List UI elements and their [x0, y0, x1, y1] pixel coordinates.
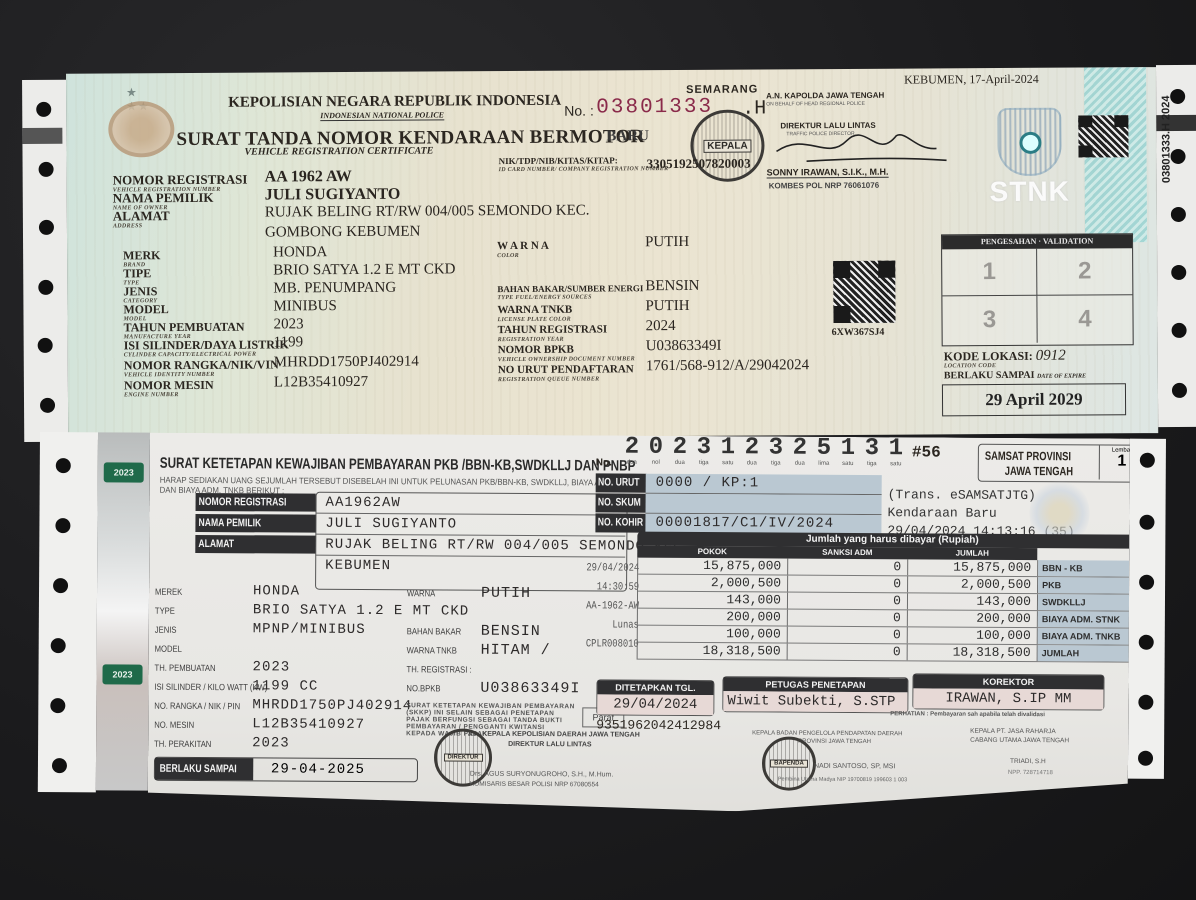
jumlah-cell: 2,000,500 [908, 576, 1038, 593]
jumlah-cell: 100,000 [908, 627, 1038, 644]
identity-value: AA1962AW [326, 495, 401, 511]
vehicle-label: NO.BPKB [406, 683, 440, 693]
bapenda-sign-nip: Pembina Utama Madya NIP 19700819 199603 … [778, 777, 907, 784]
jumlah-cell: 143,000 [908, 593, 1038, 610]
payment-table: Jumlah yang harus dibayar (Rupiah) POKOK… [637, 532, 1146, 663]
serial-digit: 0 [644, 436, 668, 460]
field-label: ISI SILINDER/DAYA LISTRIKCYLINDER CAPACI… [124, 338, 289, 358]
reference-label: NO. KOHIR [595, 513, 646, 532]
police-sign-name: Drs. AGUS SURYONUGROHO, S.H., M.Hum. [470, 771, 613, 779]
nik-label: NIK/TDP/NIB/KITAS/KITAP:ID CARD NUMBER/ … [499, 156, 669, 173]
vehicle-label: TH. PERAKITAN [154, 739, 211, 749]
serial-number: 2dua0nol2dua3tiga1satu2dua3tiga2dua5lima… [620, 436, 908, 468]
vehicle-label: TYPE [155, 606, 175, 616]
vehicle-value: 2023 [253, 659, 291, 675]
vehicle-label: BAHAN BAKAR [407, 626, 461, 636]
korektor-box: KOREKTOR IRAWAN, S.IP MM [912, 673, 1104, 710]
police-stamp: DIREKTUR [434, 728, 492, 786]
vehicle-value: MHRDD1750PJ402914 [252, 697, 412, 714]
field-label: ALAMATADDRESS [113, 209, 170, 229]
sanksi-cell: 0 [788, 610, 908, 627]
skkp-body: SURAT KETETAPAN KEWAJIBAN PEMBAYARAN PKB… [148, 433, 1130, 814]
tractor-feed-strip-left [38, 432, 98, 792]
sanksi-cell: 0 [788, 644, 908, 661]
validation-cell: 1 [942, 249, 1037, 297]
sanksi-cell: 0 [788, 559, 908, 576]
reference-value-box [646, 494, 882, 515]
validation-print-line: CPLR008010 [565, 635, 639, 654]
serial-digit-word: satu [836, 461, 860, 467]
location-code: 0912 [1036, 348, 1066, 365]
signatory-line1-en: ON BEHALF OF HEAD REGIONAL POLICE [766, 101, 865, 108]
field-label: W A R N ACOLOR [497, 241, 549, 259]
field-value: U03863349I [646, 338, 722, 355]
identity-label: NAMA PEMILIK [195, 514, 315, 533]
field-value: JULI SUGIYANTO [265, 186, 401, 205]
vehicle-label: TH. PEMBUATAN [155, 663, 216, 673]
sanksi-cell: 0 [788, 627, 908, 644]
police-sign-line2: DIREKTUR LALU LINTAS [508, 741, 592, 749]
identity-label: ALAMAT [195, 535, 315, 554]
sanksi-cell: 0 [788, 593, 908, 610]
number-suffix: #56 [912, 443, 941, 461]
jumlah-cell: 18,318,500 [908, 644, 1038, 661]
serial-digit-word: dua [620, 460, 644, 466]
serial-digit: 5 [812, 437, 836, 461]
field-value: PUTIH [645, 298, 689, 315]
vehicle-value: PUTIH [481, 585, 531, 602]
jumlah-cell: 15,875,000 [908, 559, 1038, 576]
validation-print-line: 29/04/2024 [566, 559, 640, 578]
field-value: L12B35410927 [274, 374, 368, 392]
qr-code-small-icon [1078, 115, 1128, 157]
number-prefix: No. : [564, 103, 594, 119]
field-value: MHRDD1750PJ402914 [274, 354, 419, 372]
serial-digit: 2 [740, 436, 764, 460]
vehicle-value: L12B35410927 [252, 716, 365, 733]
field-value: 1199 [274, 334, 304, 351]
jr-sign-npp: NPP. 728714718 [1008, 770, 1053, 776]
serial-digit-word: dua [740, 460, 764, 466]
year-tag: 2023 [102, 664, 142, 684]
field-value: MINIBUS [273, 298, 336, 315]
police-title-en: INDONESIAN NATIONAL POLICE [320, 110, 444, 121]
police-sign-line1: a.n. KEPALA KEPOLISIAN DAERAH JAWA TENGA… [468, 731, 640, 739]
vehicle-label: NO. RANGKA / NIK / PIN [154, 701, 240, 712]
serial-digit: 2 [788, 437, 812, 461]
reference-label: NO. URUT [596, 473, 647, 492]
stnk-logo: STNK [984, 108, 1075, 229]
number-label: No. [596, 457, 612, 468]
signatory-name: SONNY IRAWAN, S.I.K., M.H. [767, 167, 889, 179]
pokok-cell: 15,875,000 [638, 558, 788, 575]
jr-sign-name: TRIADI, S.H [1010, 758, 1046, 765]
petugas-box: PETUGAS PENETAPAN Wiwit Subekti, S.STP [722, 676, 908, 713]
vehicle-label: ISI SILINDER / KILO WATT (KW) [154, 682, 267, 693]
year-tag: 2023 [104, 462, 144, 482]
bapenda-sign-line2: PROVINSI JAWA TENGAH [798, 739, 871, 745]
identity-value: JULI SUGIYANTO [325, 516, 457, 533]
vehicle-value: HONDA [253, 583, 300, 599]
bapenda-sign-name: NADI SANTOSO, SP, MSI [814, 763, 895, 770]
vehicle-label: MODEL [155, 644, 182, 654]
field-label: WARNA TNKBLICENSE PLATE COLOR [497, 305, 572, 323]
trans-line1: (Trans. eSAMSATJTG) [888, 487, 1036, 503]
serial-digit-word: satu [884, 461, 908, 467]
identity-label: NOMOR REGISTRASI [196, 493, 316, 512]
field-label: NO URUT PENDAFTARANREGISTRATION QUEUE NU… [498, 364, 634, 383]
serial-digit-word: lima [812, 461, 836, 467]
field-value: 2023 [273, 316, 303, 333]
vehicle-value: BENSIN [481, 623, 541, 640]
jumlah-cell: 200,000 [908, 610, 1038, 627]
vehicle-label: WARNA TNKB [407, 645, 457, 655]
expiry-date: 29-04-2025 [271, 758, 365, 781]
vehicle-value: 1199 CC [252, 678, 318, 694]
expiry-row: BERLAKU SAMPAI 29-04-2025 [154, 757, 418, 783]
field-value: HONDA [273, 244, 327, 261]
vehicle-value: MPNP/MINIBUS [253, 621, 366, 638]
bapenda-sign-line1: KEPALA BADAN PENGELOLA PENDAPATAN DAERAH [752, 730, 902, 737]
serial-digit-word: dua [788, 461, 812, 467]
vehicle-label: TH. REGISTRASI : [407, 664, 472, 674]
vehicle-label: JENIS [155, 625, 177, 635]
place-date: KEBUMEN, 17-April-2024 [904, 72, 1039, 88]
serial-digit-word: tiga [860, 461, 884, 467]
field-value: 1761/568-912/A/29042024 [646, 357, 809, 375]
validation-cell: 4 [1037, 295, 1132, 343]
serial-digit: 3 [692, 436, 716, 460]
validation-print-line: Lunas [565, 616, 639, 635]
reference-value-box: 0000 / KP:1 [646, 474, 882, 495]
serial-digit: 3 [860, 437, 884, 461]
serial-digit: 2 [620, 436, 644, 460]
serial-digit-word: satu [716, 460, 740, 466]
payment-validation-print: 29/04/202414:30:59AA-1962-AWLunasCPLR008… [547, 559, 640, 655]
serial-digit: 1 [884, 437, 908, 461]
vehicle-value: 2023 [252, 735, 290, 751]
identity-value: RUJAK BELING RT/RW 004/005 SEMONDO KEC [325, 537, 682, 555]
sanksi-cell: 0 [788, 576, 908, 593]
field-value: GOMBONG KEBUMEN [265, 224, 421, 242]
vehicle-value: U03863349I [480, 680, 580, 698]
signatory-rank: KOMBES POL NRP 76061076 [769, 181, 879, 191]
serial-digit: 1 [836, 437, 860, 461]
field-value: MB. PENUMPANG [273, 280, 396, 298]
vehicle-label: NO. MESIN [154, 720, 194, 730]
field-value: AA 1962 AW [265, 168, 352, 187]
reference-value: 0000 / KP:1 [656, 475, 760, 492]
serial-digit: 2 [668, 436, 692, 460]
field-value: PUTIH [645, 234, 689, 251]
serial-digit-word: tiga [692, 460, 716, 466]
overprint-text: BARU [606, 128, 649, 145]
city-label: SEMARANG [686, 84, 758, 96]
serial-digit-word: nol [644, 460, 668, 466]
field-value: RUJAK BELING RT/RW 004/005 SEMONDO KEC. [265, 203, 590, 222]
serial-digit-word: tiga [764, 460, 788, 466]
vehicle-value: HITAM / [481, 642, 551, 659]
field-label: NOMOR RANGKA/NIK/VINVEHICLE IDENTITY NUM… [124, 358, 279, 378]
identity-value: KEBUMEN [325, 558, 391, 574]
expiry-label: BERLAKU SAMPAI DATE OF EXPIRE [944, 371, 1086, 382]
skkp-title: SURAT KETETAPAN KEWAJIBAN PEMBAYARAN PKB… [160, 455, 636, 475]
side-serial: 03801333.H 2024 [1160, 96, 1173, 184]
payment-row: 18,318,500018,318,500JUMLAH [638, 643, 1145, 663]
field-value: 2024 [646, 318, 676, 335]
police-sign-rank: KOMISARIS BESAR POLISI NRP 67080554 [470, 781, 599, 789]
tractor-feed-strip-right [1128, 439, 1166, 779]
validation-print-line: 14:30:59 [565, 578, 639, 597]
vehicle-label: MEREK [155, 587, 182, 597]
field-value: BENSIN [645, 278, 699, 295]
field-label: NOMOR MESINENGINE NUMBER [124, 379, 214, 399]
skkp-tax-notice: 2023 2023 SURAT KETETAPAN KEWAJIBAN PEMB… [38, 432, 1166, 819]
expiry-date: 29 April 2029 [942, 383, 1126, 416]
validation-box: PENGESAHAN · VALIDATION 1 2 3 4 [941, 233, 1134, 346]
pokok-cell: 2,000,500 [638, 575, 788, 592]
pokok-cell: 100,000 [638, 626, 788, 643]
reference-label: NO. SKUM [596, 493, 647, 512]
pokok-cell: 18,318,500 [638, 643, 788, 660]
payment-notice: PERHATIAN : Pembayaran sah apabila telah… [890, 711, 1045, 718]
signatory-line1: A.N. KAPOLDA JAWA TENGAH [766, 91, 884, 101]
shield-icon [997, 108, 1061, 176]
validation-cell: 2 [1037, 248, 1132, 296]
jr-sign-line2: CABANG UTAMA JAWA TENGAH [970, 737, 1069, 745]
signature-icon [766, 120, 956, 171]
reference-value: 00001817/C1/IV/2024 [655, 515, 834, 532]
location-label: KODE LOKASI:LOCATION CODE [944, 350, 1033, 370]
police-emblem-icon [108, 101, 174, 157]
ditetapkan-box: DITETAPKAN TGL. 29/04/2024 [596, 679, 714, 716]
jr-sign-line1: KEPALA PT. JASA RAHARJA [970, 728, 1056, 736]
qr-code-text: 6XW367SJ4 [832, 327, 885, 338]
serial-digit: 3 [764, 436, 788, 460]
field-label: TAHUN REGISTRASIREGISTRATION YEAR [498, 324, 608, 343]
field-value: BRIO SATYA 1.2 E MT CKD [273, 261, 455, 279]
vehicle-value: BRIO SATYA 1.2 E MT CKD [253, 602, 469, 619]
stnk-body: ★★★ KEPOLISIAN NEGARA REPUBLIK INDONESIA… [66, 67, 1158, 440]
doc-title-en: VEHICLE REGISTRATION CERTIFICATE [244, 145, 433, 157]
police-title: KEPOLISIAN NEGARA REPUBLIK INDONESIA [228, 93, 561, 112]
field-label: BAHAN BAKAR/SUMBER ENERGITYPE FUEL/ENERG… [497, 284, 643, 301]
pokok-cell: 200,000 [638, 609, 788, 626]
pokok-cell: 143,000 [638, 592, 788, 609]
trans-line2: Kendaraan Baru [887, 505, 996, 521]
qr-code-icon [833, 261, 895, 323]
hologram-strip [96, 432, 150, 790]
samsat-office-box: SAMSAT PROVINSI JAWA TENGAH Lembar 1 [978, 444, 1146, 483]
validation-cell: 3 [942, 296, 1037, 344]
tractor-feed-strip-left [22, 80, 68, 442]
certificate-number: 03801333 [596, 96, 713, 120]
nik-value: 3305192507820003 [647, 156, 751, 173]
validation-print-line: AA-1962-AW [565, 597, 639, 616]
field-label: NOMOR BPKBVEHICLE OWNERSHIP DOCUMENT NUM… [498, 344, 635, 363]
serial-digit: 1 [716, 436, 740, 460]
stnk-certificate: ★★★ KEPOLISIAN NEGARA REPUBLIK INDONESIA… [22, 65, 1196, 442]
tractor-feed-strip-right: 03801333.H 2024 [1156, 65, 1196, 427]
vehicle-label: WARNA [407, 588, 435, 598]
serial-digit-word: dua [668, 460, 692, 466]
